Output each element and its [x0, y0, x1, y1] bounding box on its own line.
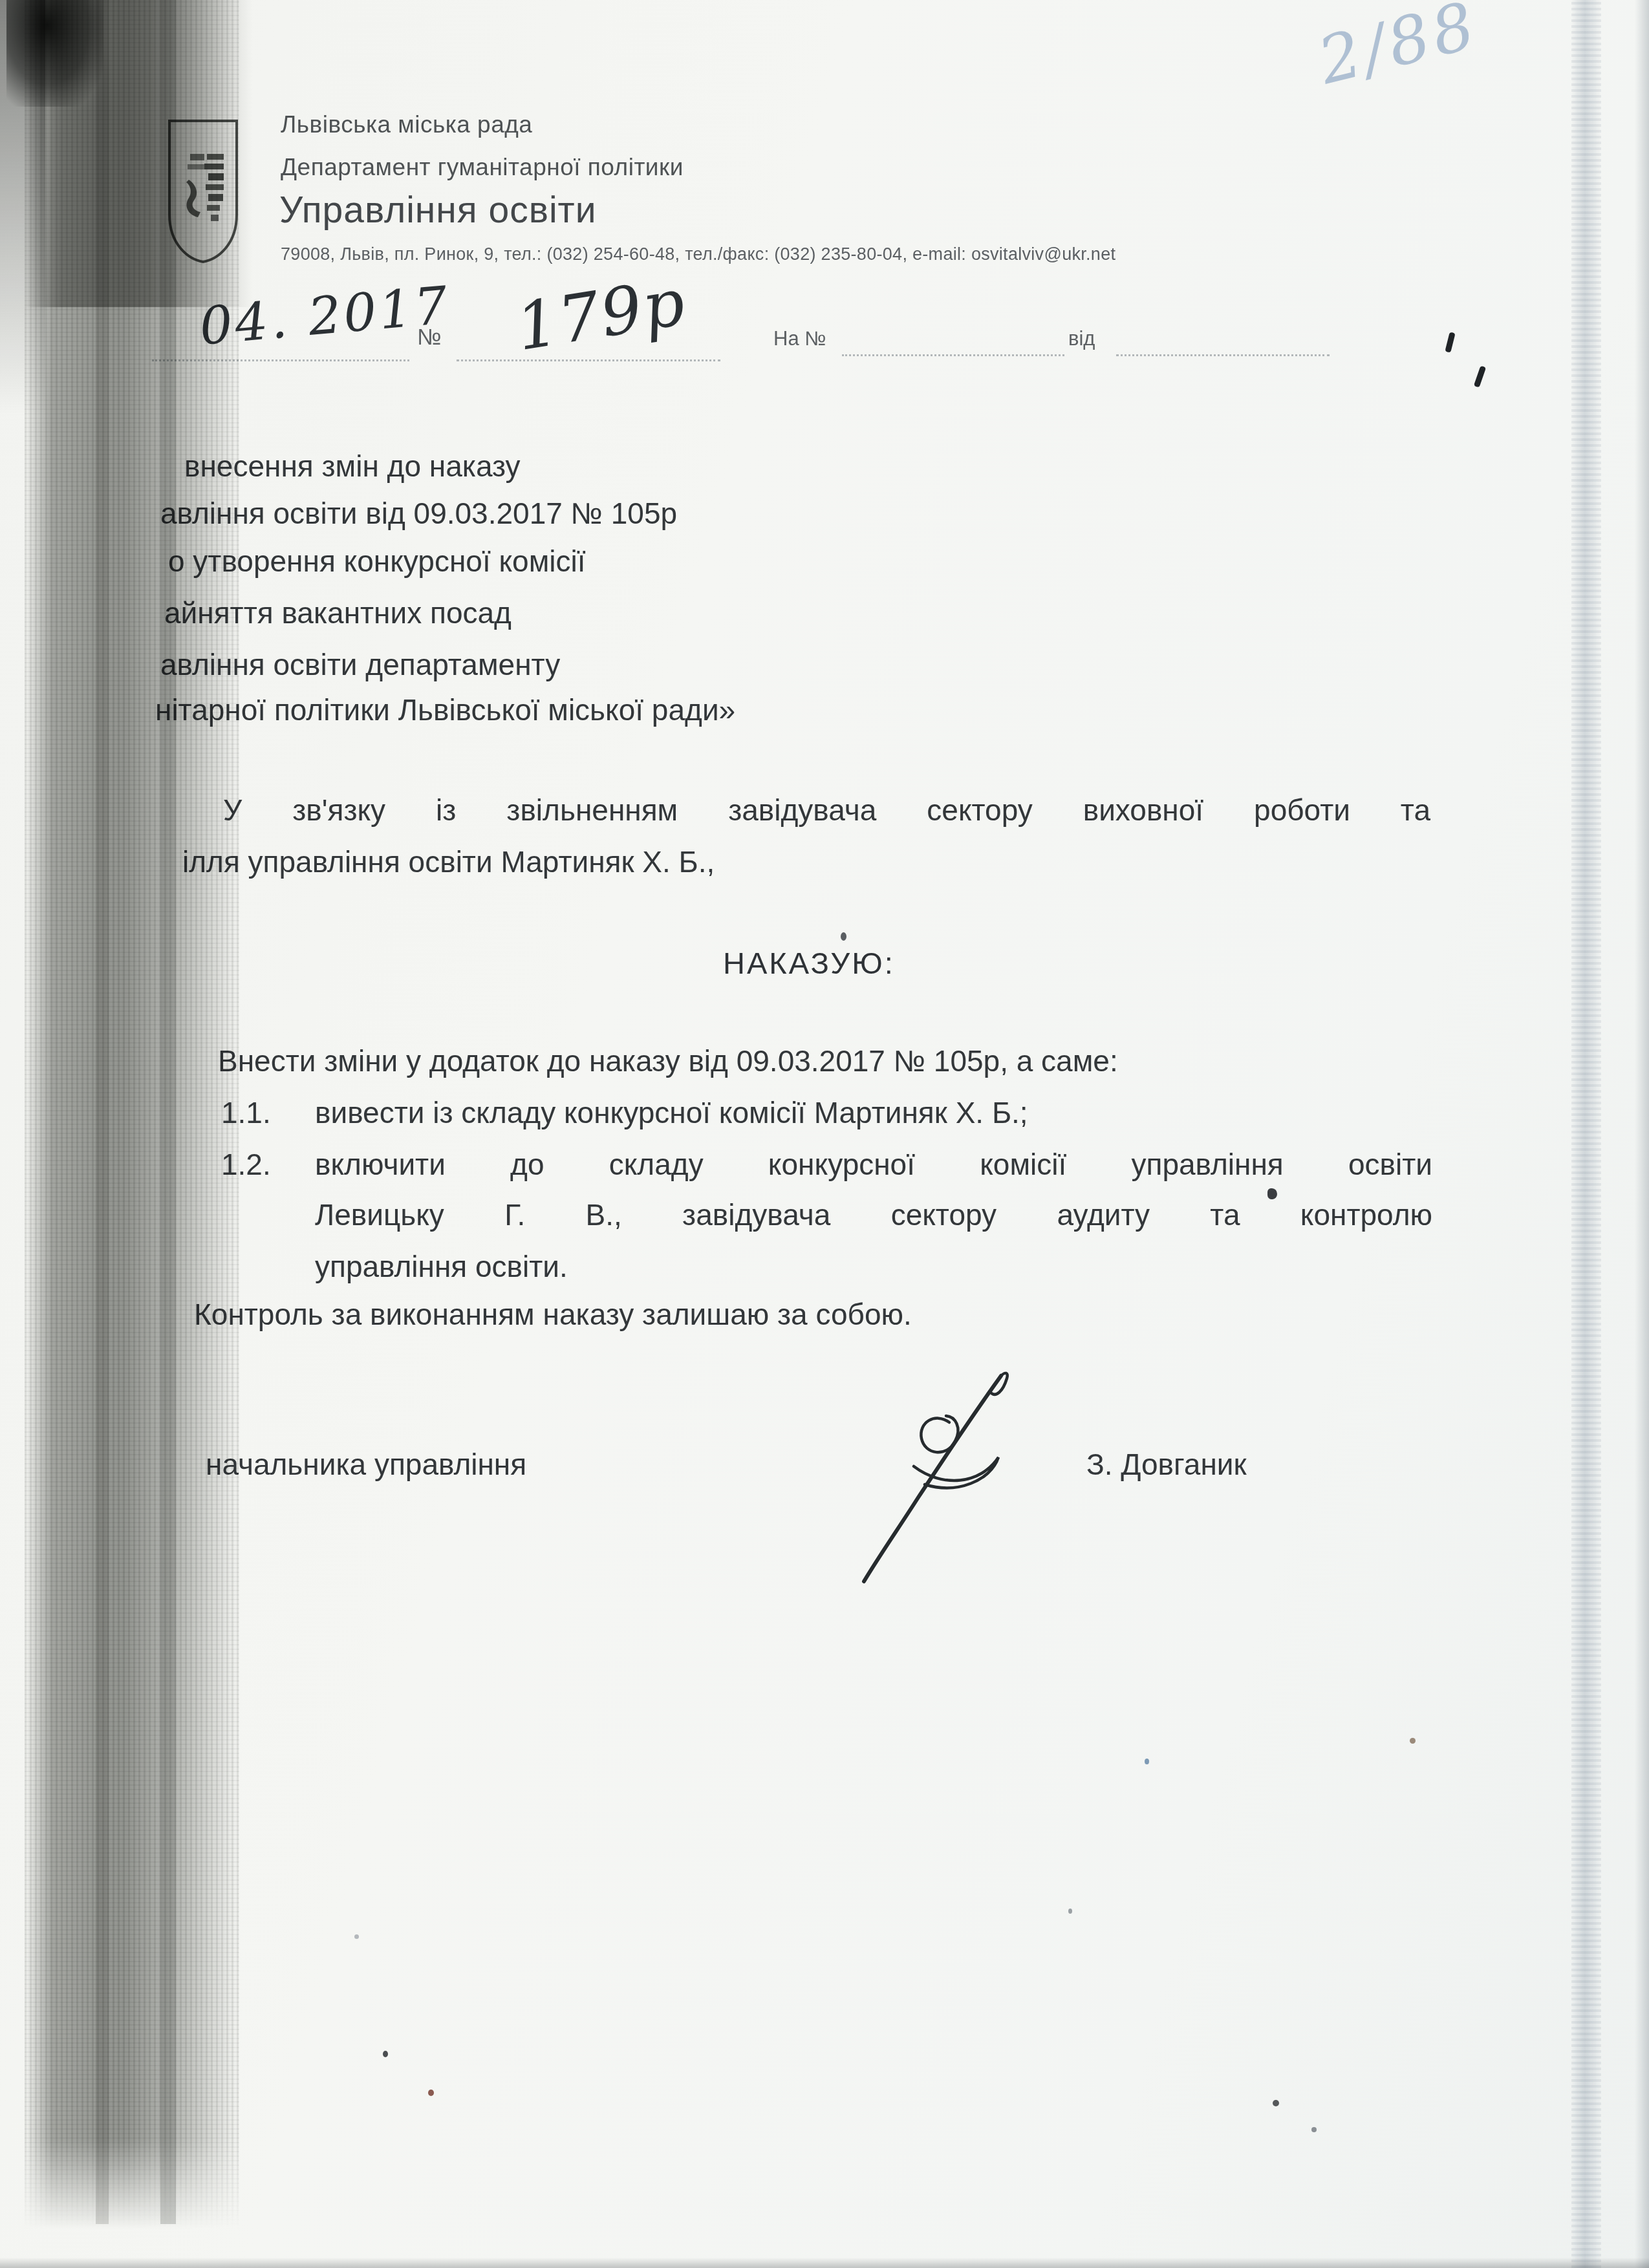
paper-speck: [1145, 1759, 1149, 1764]
ink-tick-mark: [1445, 332, 1455, 352]
order-word: НАКАЗУЮ:: [723, 945, 895, 981]
ink-speck: [841, 932, 846, 941]
scan-bottom-edge-artifact: [0, 2258, 1649, 2268]
control-clause: Контроль за виконанням наказу залишаю за…: [194, 1300, 912, 1329]
order-item-1-2-line: Левицьку Г. В., завідувача сектору аудит…: [315, 1200, 1432, 1230]
order-item-1-1-text: вивести із складу конкурсної комісії Мар…: [315, 1098, 1028, 1128]
org-name-education-office: Управління освіти: [279, 189, 597, 231]
scan-right-edge-artifact: [1635, 0, 1649, 2268]
paper-speck: [1273, 2100, 1279, 2106]
scan-right-streak-artifact: [1571, 0, 1601, 2268]
paper-speck: [354, 1934, 359, 1939]
org-name-department: Департамент гуманітарної політики: [281, 154, 684, 181]
ink-blot: [1267, 1188, 1277, 1199]
order-item-1: Внести зміни у додаток до наказу від 09.…: [218, 1046, 1118, 1076]
scanner-shadow-band: [25, 0, 239, 2229]
number-label: №: [417, 325, 442, 350]
from-date-dotted-line: [1116, 354, 1330, 356]
intro-paragraph-line: У зв'язку із звільненням завідувача сект…: [223, 795, 1430, 825]
org-name-city-council: Львівська міська рада: [281, 111, 532, 138]
scanned-order-document: Львівська міська рада Департамент гумані…: [0, 0, 1649, 2268]
paper-speck: [1311, 2127, 1317, 2132]
incoming-number-label: На №: [773, 327, 826, 350]
org-address-line: 79008, Львів, пл. Ринок, 9, тел.: (032) …: [281, 244, 1115, 264]
scanner-shadow-streak: [160, 0, 176, 2224]
from-date-label: від: [1068, 327, 1095, 350]
incoming-number-dotted-line: [842, 354, 1064, 356]
signer-name: З. Довганик: [1086, 1450, 1247, 1479]
corner-page-note: 2/88: [1311, 0, 1485, 99]
handwritten-order-number: 179р: [511, 264, 691, 365]
paper-speck: [1068, 1909, 1072, 1914]
order-item-1-2-line: управління освіти.: [315, 1252, 568, 1281]
paper-speck: [428, 2090, 434, 2096]
ink-tick-mark: [1474, 365, 1486, 387]
signer-title-fragment: начальника управління: [206, 1450, 526, 1479]
scanner-shadow-streak: [96, 0, 109, 2224]
intro-paragraph-line: ілля управління освіти Мартиняк Х. Б.,: [182, 847, 715, 877]
subject-line: нітарної політики Львівської міської рад…: [155, 695, 735, 725]
paper-speck: [383, 2051, 388, 2057]
paper-speck: [1410, 1738, 1416, 1744]
number-dotted-line: [457, 359, 720, 361]
order-item-1-2-line: включити до складу конкурсної комісії уп…: [315, 1150, 1432, 1179]
scan-left-edge-artifact: [0, 0, 45, 414]
handwritten-signature: [852, 1363, 1041, 1589]
